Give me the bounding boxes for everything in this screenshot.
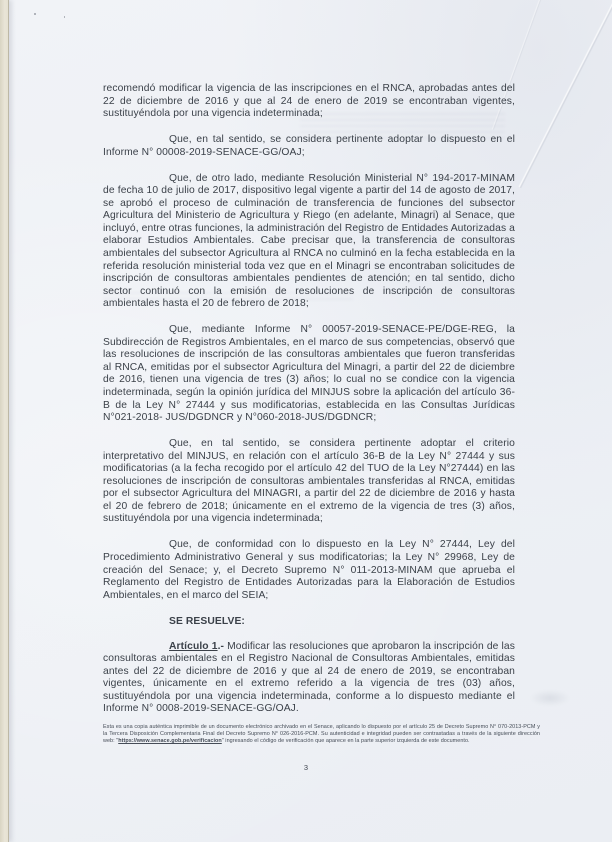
verification-footer: Esta es una copia auténtica imprimible d… [103, 724, 540, 746]
footer-text-after-url: " ingresando el código de verificación q… [222, 738, 470, 744]
scanned-document-page: recomendó modificar la vigencia de las i… [0, 0, 612, 842]
bleedthrough-artifact [530, 690, 570, 706]
scanner-left-edge [0, 0, 9, 842]
article-1-label: Artículo 1 [169, 641, 218, 652]
paragraph-continuation: recomendó modificar la vigencia de las i… [103, 83, 515, 121]
resolve-heading: SE RESUELVE: [103, 616, 515, 629]
verification-url: https://www.senace.gob.pe/verificacion [118, 738, 222, 744]
paragraph-considerando: Que, mediante Informe N° 00057-2019-SENA… [103, 324, 515, 424]
article-1-paragraph: Artículo 1.- Modificar las resoluciones … [103, 641, 515, 716]
paragraph-considerando: Que, de conformidad con lo dispuesto en … [103, 539, 515, 602]
scan-speck [64, 16, 65, 18]
paragraph-considerando: Que, en tal sentido, se considera pertin… [103, 438, 515, 526]
paragraph-considerando: Que, en tal sentido, se considera pertin… [103, 134, 515, 159]
paper-crease [518, 0, 612, 188]
article-1-text: Modificar las resoluciones que aprobaron… [103, 641, 515, 715]
scan-speck [34, 13, 36, 15]
document-body: recomendó modificar la vigencia de las i… [103, 83, 515, 716]
paragraph-considerando: Que, de otro lado, mediante Resolución M… [103, 173, 515, 311]
page-number: 3 [0, 763, 612, 772]
